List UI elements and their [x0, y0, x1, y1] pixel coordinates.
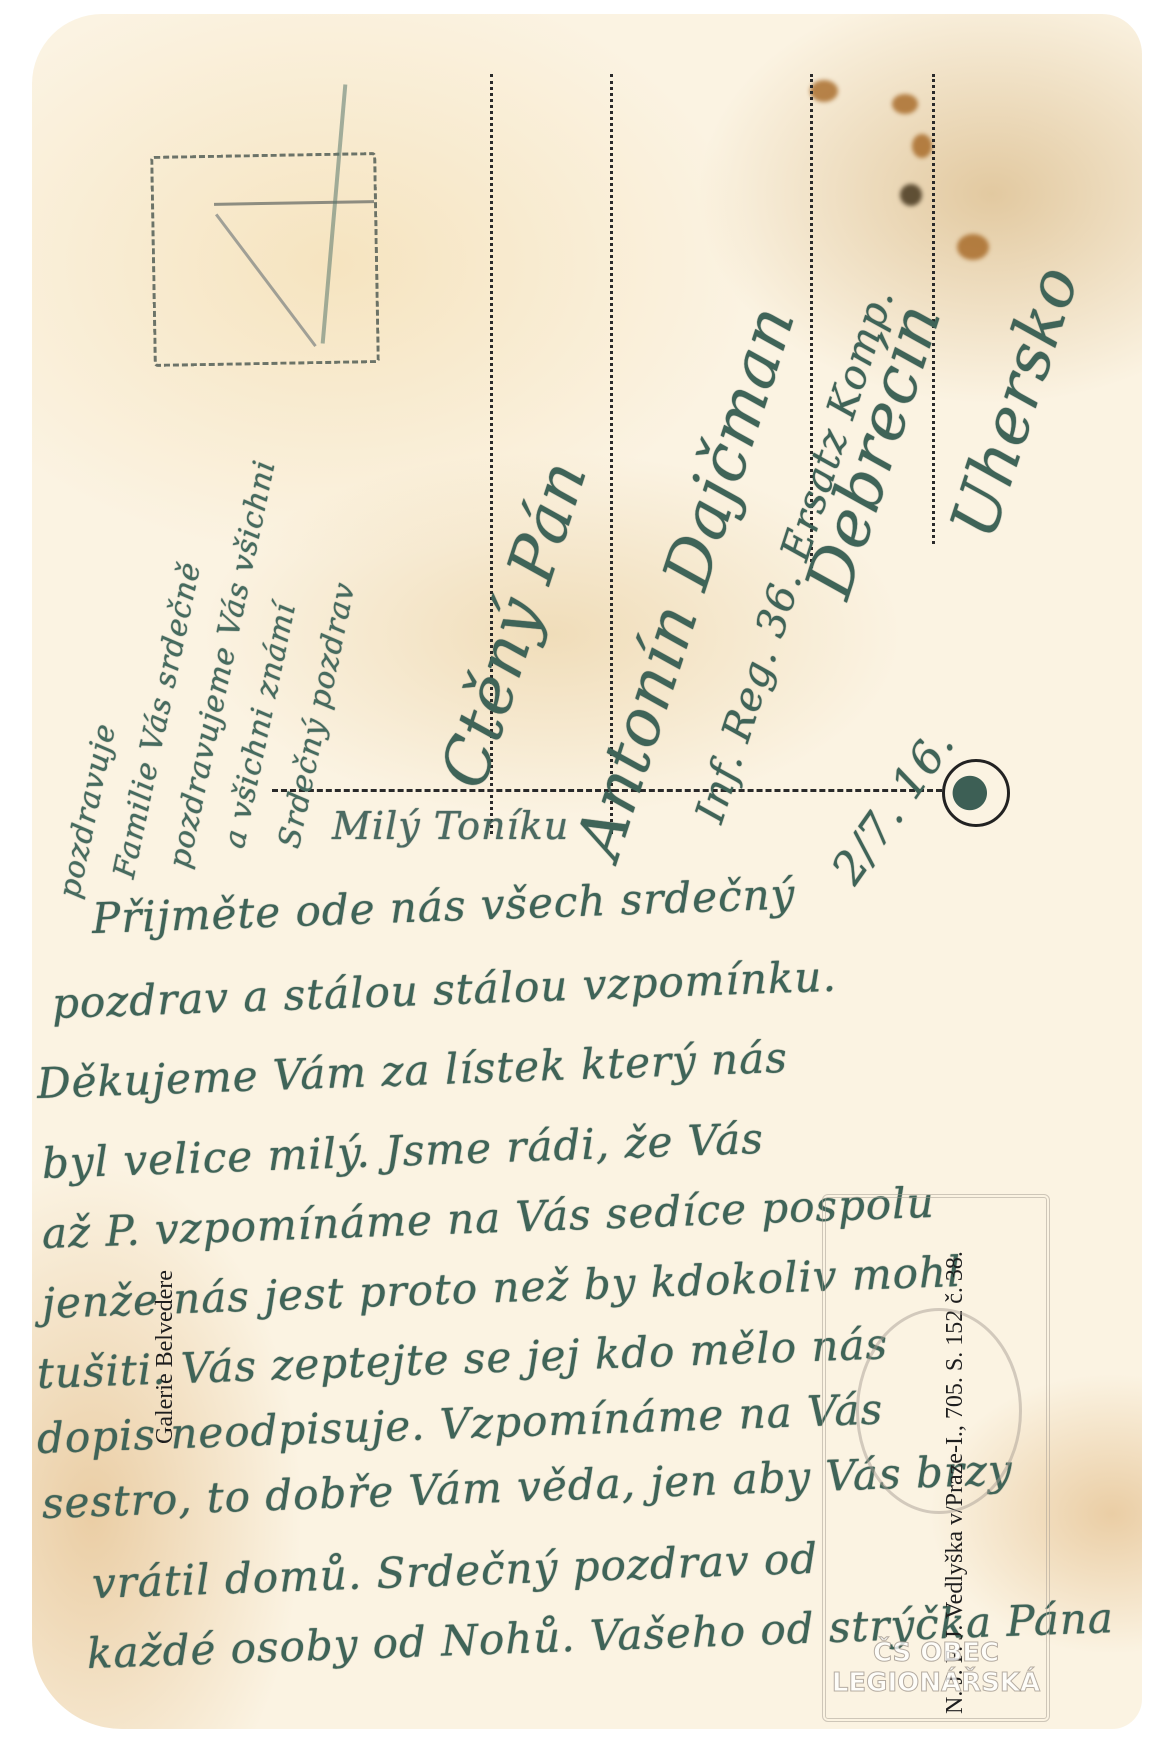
message-line: byl velice milý. Jsme rádi, že Vás [41, 1114, 764, 1188]
stain [900, 184, 922, 206]
message-greeting: Milý Toníku [332, 804, 569, 848]
watermark-text: ČS OBEC LEGIONÁŘSKÁ [826, 1638, 1046, 1698]
address-salutation: Ctěný Pán [427, 452, 602, 797]
watermark-line: LEGIONÁŘSKÁ [826, 1668, 1046, 1698]
stain [892, 94, 918, 114]
message-line: Přijměte ode nás všech srdečný [91, 869, 796, 943]
museum-watermark: ČS OBEC LEGIONÁŘSKÁ [822, 1194, 1050, 1722]
message-line: až P. vzpomínáme na Vás sedíce pospolu [41, 1178, 935, 1258]
watermark-emblem-icon [856, 1308, 1022, 1514]
postcard: Ctěný Pán Antonín Dajčman Inf. Reg. 36. … [32, 14, 1142, 1729]
address-country: Uhersko [937, 257, 1094, 547]
stamp-placeholder-box [150, 152, 380, 367]
message-line: Děkujeme Vám za lístek který nás [36, 1033, 788, 1108]
stain [912, 134, 932, 158]
publisher-label: Galerie Belvedere [152, 1270, 179, 1444]
stamp-mark [215, 213, 317, 347]
publisher-emblem-icon [942, 759, 1010, 827]
stain [957, 234, 989, 260]
stamp-mark [214, 200, 374, 206]
message-line: pozdrav a stálou stálou vzpomínku. [51, 952, 837, 1028]
watermark-line: ČS OBEC [826, 1638, 1046, 1668]
stain [810, 80, 838, 102]
message-line: vrátil domů. Srdečný pozdrav od [91, 1534, 819, 1608]
